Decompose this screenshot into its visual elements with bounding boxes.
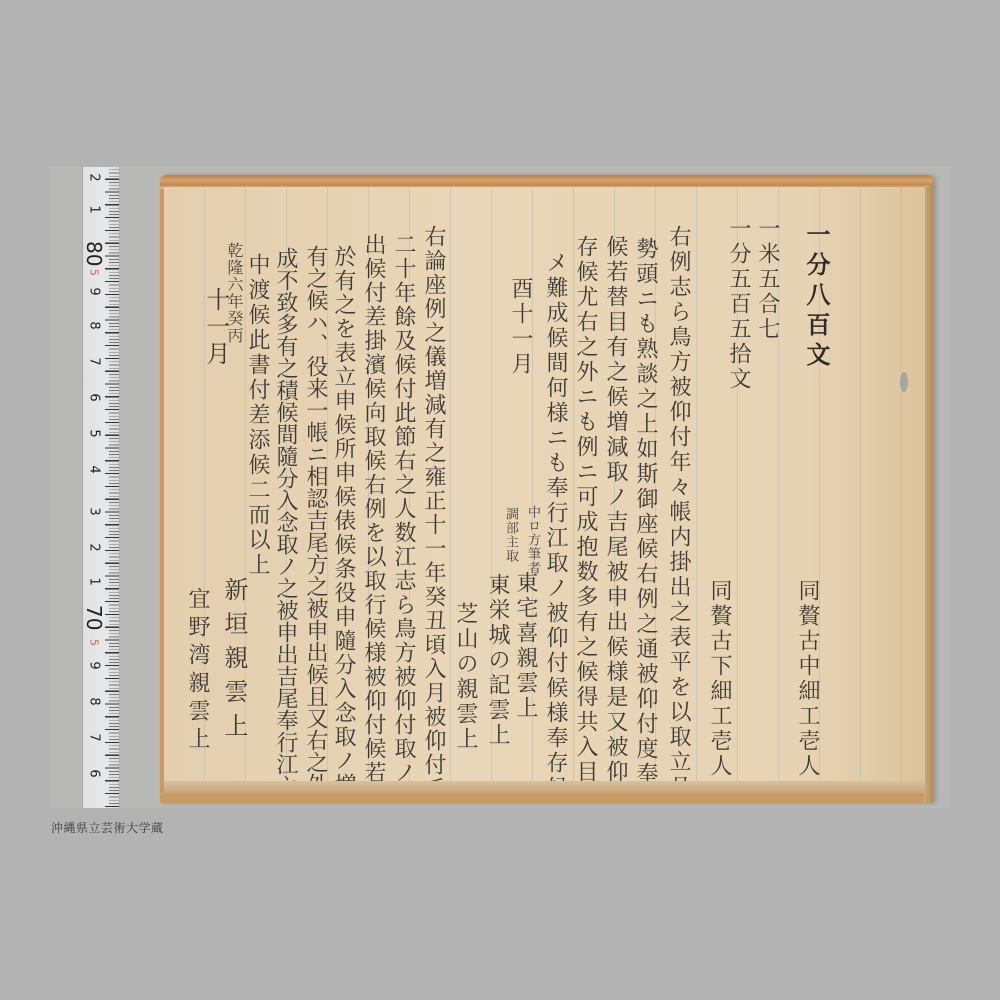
measuring-ruler: 2 1 80 5 9 8 7 6 5 4 3 2 1 70 5 9 8 7 6 <box>82 167 120 808</box>
entry-line: 一分八百文 <box>804 222 828 372</box>
date-line: 酉十一月 <box>509 277 531 377</box>
entry-line: 同贅古下細工壱人 <box>708 579 730 779</box>
signatory-name: 東栄城の記雲上 <box>486 573 508 748</box>
ruler-label: 6 <box>88 764 101 784</box>
body-line: 成不致多有之積候間隨分入念取ノ之被申出吉尾奉行江之被 <box>274 247 296 793</box>
body-line: 右論座例之儀増減有之雍正十一年癸丑頃入月被仰付壬長壱 <box>422 225 444 793</box>
body-line: 有之候ハ、役来一帳ニ相認吉尾方之被申出候且又右之外例ニ之 <box>304 245 326 793</box>
entry-line: 一米五合七 <box>756 217 778 342</box>
entry-line: 同贅古中細工壱人 <box>796 579 818 779</box>
ink-smudge <box>900 372 908 392</box>
manuscript-page: 一分八百文 一米五合七 一分五百五拾文 同贅古中細工壱人 同贅古下細工壱人 右例… <box>164 187 925 793</box>
body-line: 候若替目有之候増減取ノ吉尾被申出候様是又被仰付度奉 <box>604 235 626 793</box>
entry-line: 一分五百五拾文 <box>727 217 749 392</box>
ruler-label: 9 <box>88 656 101 676</box>
ruler-label: 4 <box>88 460 101 480</box>
ruler-label: 1 <box>88 200 101 220</box>
ruler-label: 7 <box>88 352 101 372</box>
ruler-label: 8 <box>88 692 101 712</box>
ruler-label: 80 <box>84 241 104 261</box>
signatory-name: 芝山の親雲上 <box>454 602 476 752</box>
ruler-label: 5 <box>88 424 101 444</box>
notebook-right-edge <box>924 185 933 803</box>
ruler-label: 5 <box>89 633 100 653</box>
notebook: 一分八百文 一米五合七 一分五百五拾文 同贅古中細工壱人 同贅古下細工壱人 右例… <box>160 175 933 803</box>
collection-credit: 沖縄県立芸術大学蔵 <box>51 819 164 836</box>
signatory-name: 宜野湾親雲上 <box>186 587 208 755</box>
ruler-label: 6 <box>88 388 101 408</box>
body-line: 勢頭ニも熟談之上如斯御座候右例之通被仰付度奉存 <box>634 237 656 793</box>
body-line: 出候付差掛濱候向取候右例を以取行候様被仰付候若替目 <box>362 233 384 793</box>
ruler-label: 2 <box>88 168 101 188</box>
signatory-title: 中ロ方筆者 <box>526 505 539 575</box>
date-line: 十一月 <box>204 287 228 368</box>
ruler-label: 2 <box>88 538 101 558</box>
body-line: メ難成候間何様ニも奉行江取ノ被仰付候様奉存候以上 <box>544 251 566 793</box>
signatory-title: 調部主取 <box>504 507 517 563</box>
signatory-name: 新垣親雲上 <box>222 577 246 747</box>
ruler-label: 9 <box>88 282 101 302</box>
page-bottom-edge <box>164 781 925 793</box>
ruler-label: 5 <box>89 263 100 283</box>
ruler-label: 7 <box>88 728 101 748</box>
ruler-major-ticks <box>105 167 119 808</box>
ruler-label: 8 <box>88 316 101 336</box>
body-line: 右例志ら鳥方被仰付年々帳内掛出之表平を以取立且又大工 <box>667 225 689 793</box>
signatory-name: 東宅喜親雲上 <box>514 571 536 721</box>
manuscript-photo: 2 1 80 5 9 8 7 6 5 4 3 2 1 70 5 9 8 7 6 … <box>50 167 950 808</box>
body-line: 存候尤右之外ニも例ニ可成抱数多有之候得共入目致混雑取 <box>574 235 596 793</box>
body-line: 於有之を表立申候所申候俵候条役申隨分入念取ノ増減 <box>332 245 354 793</box>
ruler-label: 70 <box>84 605 104 625</box>
ruler-label: 3 <box>88 502 101 522</box>
ruler-label: 1 <box>88 572 101 592</box>
body-line: 中渡候此書付差添候二而以上 <box>246 253 268 578</box>
body-line: 二十年餘及候付此節右之人数江志ら鳥方被仰付取ノ被申 <box>392 233 414 793</box>
